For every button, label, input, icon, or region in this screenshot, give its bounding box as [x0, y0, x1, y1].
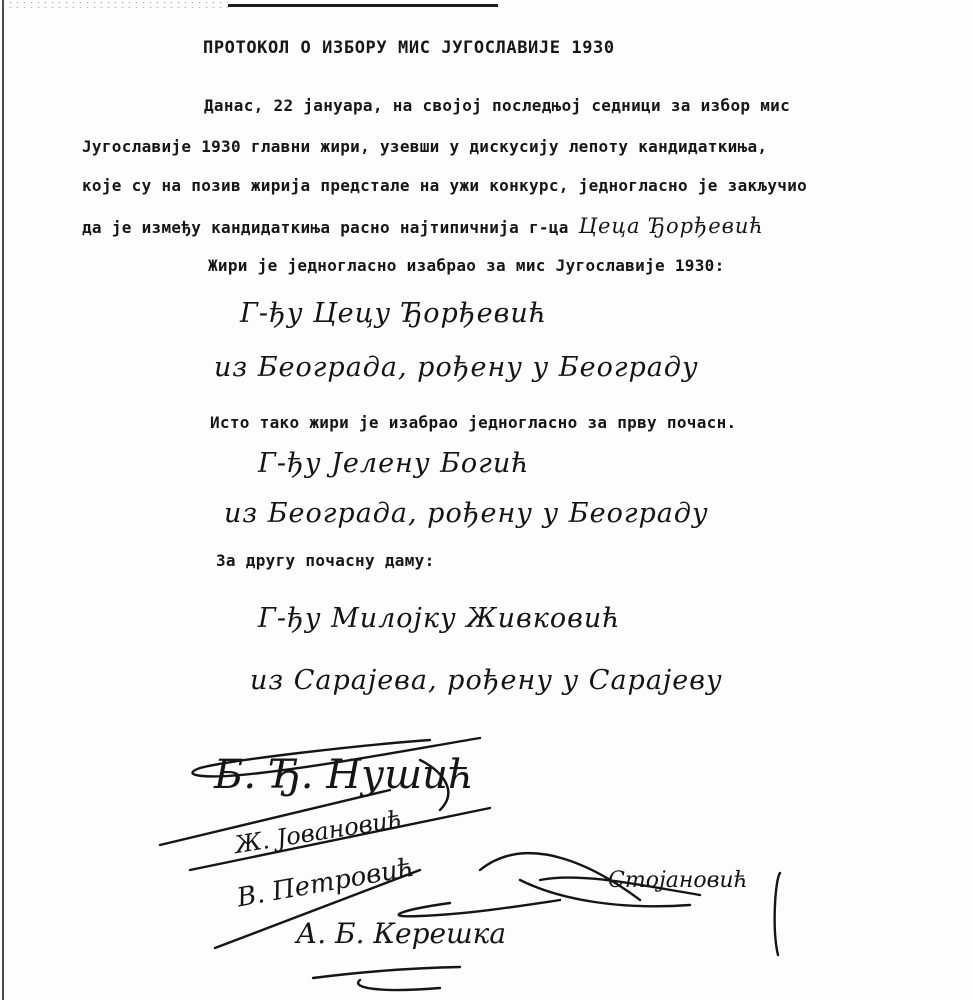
signature-5: А. Б. Керешка	[296, 917, 506, 950]
signature-1: Б. Ђ. Нушић	[214, 752, 474, 798]
scanned-document-page: ПРОТОКОЛ О ИЗБОРУ МИС ЈУГОСЛАВИЈЕ 1930 Д…	[0, 0, 972, 1000]
signature-4: Стојановић	[608, 868, 748, 893]
signature-strokes	[0, 0, 972, 1000]
